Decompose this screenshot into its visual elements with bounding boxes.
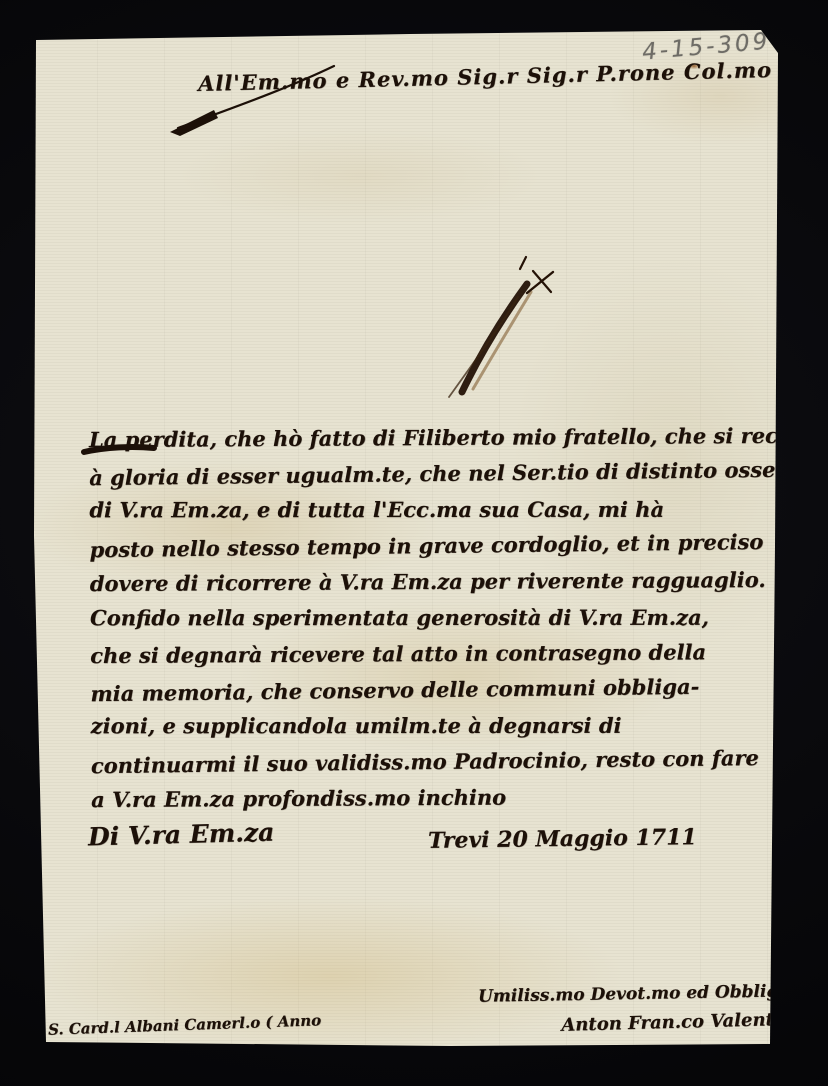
letter-paper: 4-15-309 All'Em.mo e Rev.mo Sig.r Sig.r … — [30, 26, 782, 1048]
closing-formula: Di V.ra Em.za — [88, 818, 275, 852]
body-line: mia memoria, che conservo delle communi … — [90, 668, 780, 712]
valediction-line: Umiliss.mo Devot.mo ed Obblig.mo Ser.re — [478, 981, 800, 1007]
body-line: a V.ra Em.za profondiss.mo inchino — [91, 778, 781, 818]
body-line: dovere di ricorrere à V.ra Em.za per riv… — [90, 562, 780, 602]
archival-note: S. Card.l Albani Camerl.o ( Anno — [48, 1011, 322, 1039]
place-date: Trevi 20 Maggio 1711 — [428, 824, 697, 854]
photo-backdrop: 4-15-309 All'Em.mo e Rev.mo Sig.r Sig.r … — [0, 0, 828, 1086]
body-line: di V.ra Em.za, e di tutta l'Ecc.ma sua C… — [89, 492, 779, 529]
letter-body: La perdita, che hò fatto di Filiberto mi… — [89, 418, 781, 818]
body-line: Confido nella sperimentata generosità di… — [90, 600, 780, 637]
salutation-line: All'Em.mo e Rev.mo Sig.r Sig.r P.rone Co… — [198, 57, 773, 96]
body-line: à gloria di esser ugualm.te, che nel Ser… — [89, 452, 779, 496]
body-line: zioni, e supplicandola umilm.te à degnar… — [91, 708, 781, 745]
signature-name: Anton Fran.co Valenti — [540, 1009, 802, 1037]
